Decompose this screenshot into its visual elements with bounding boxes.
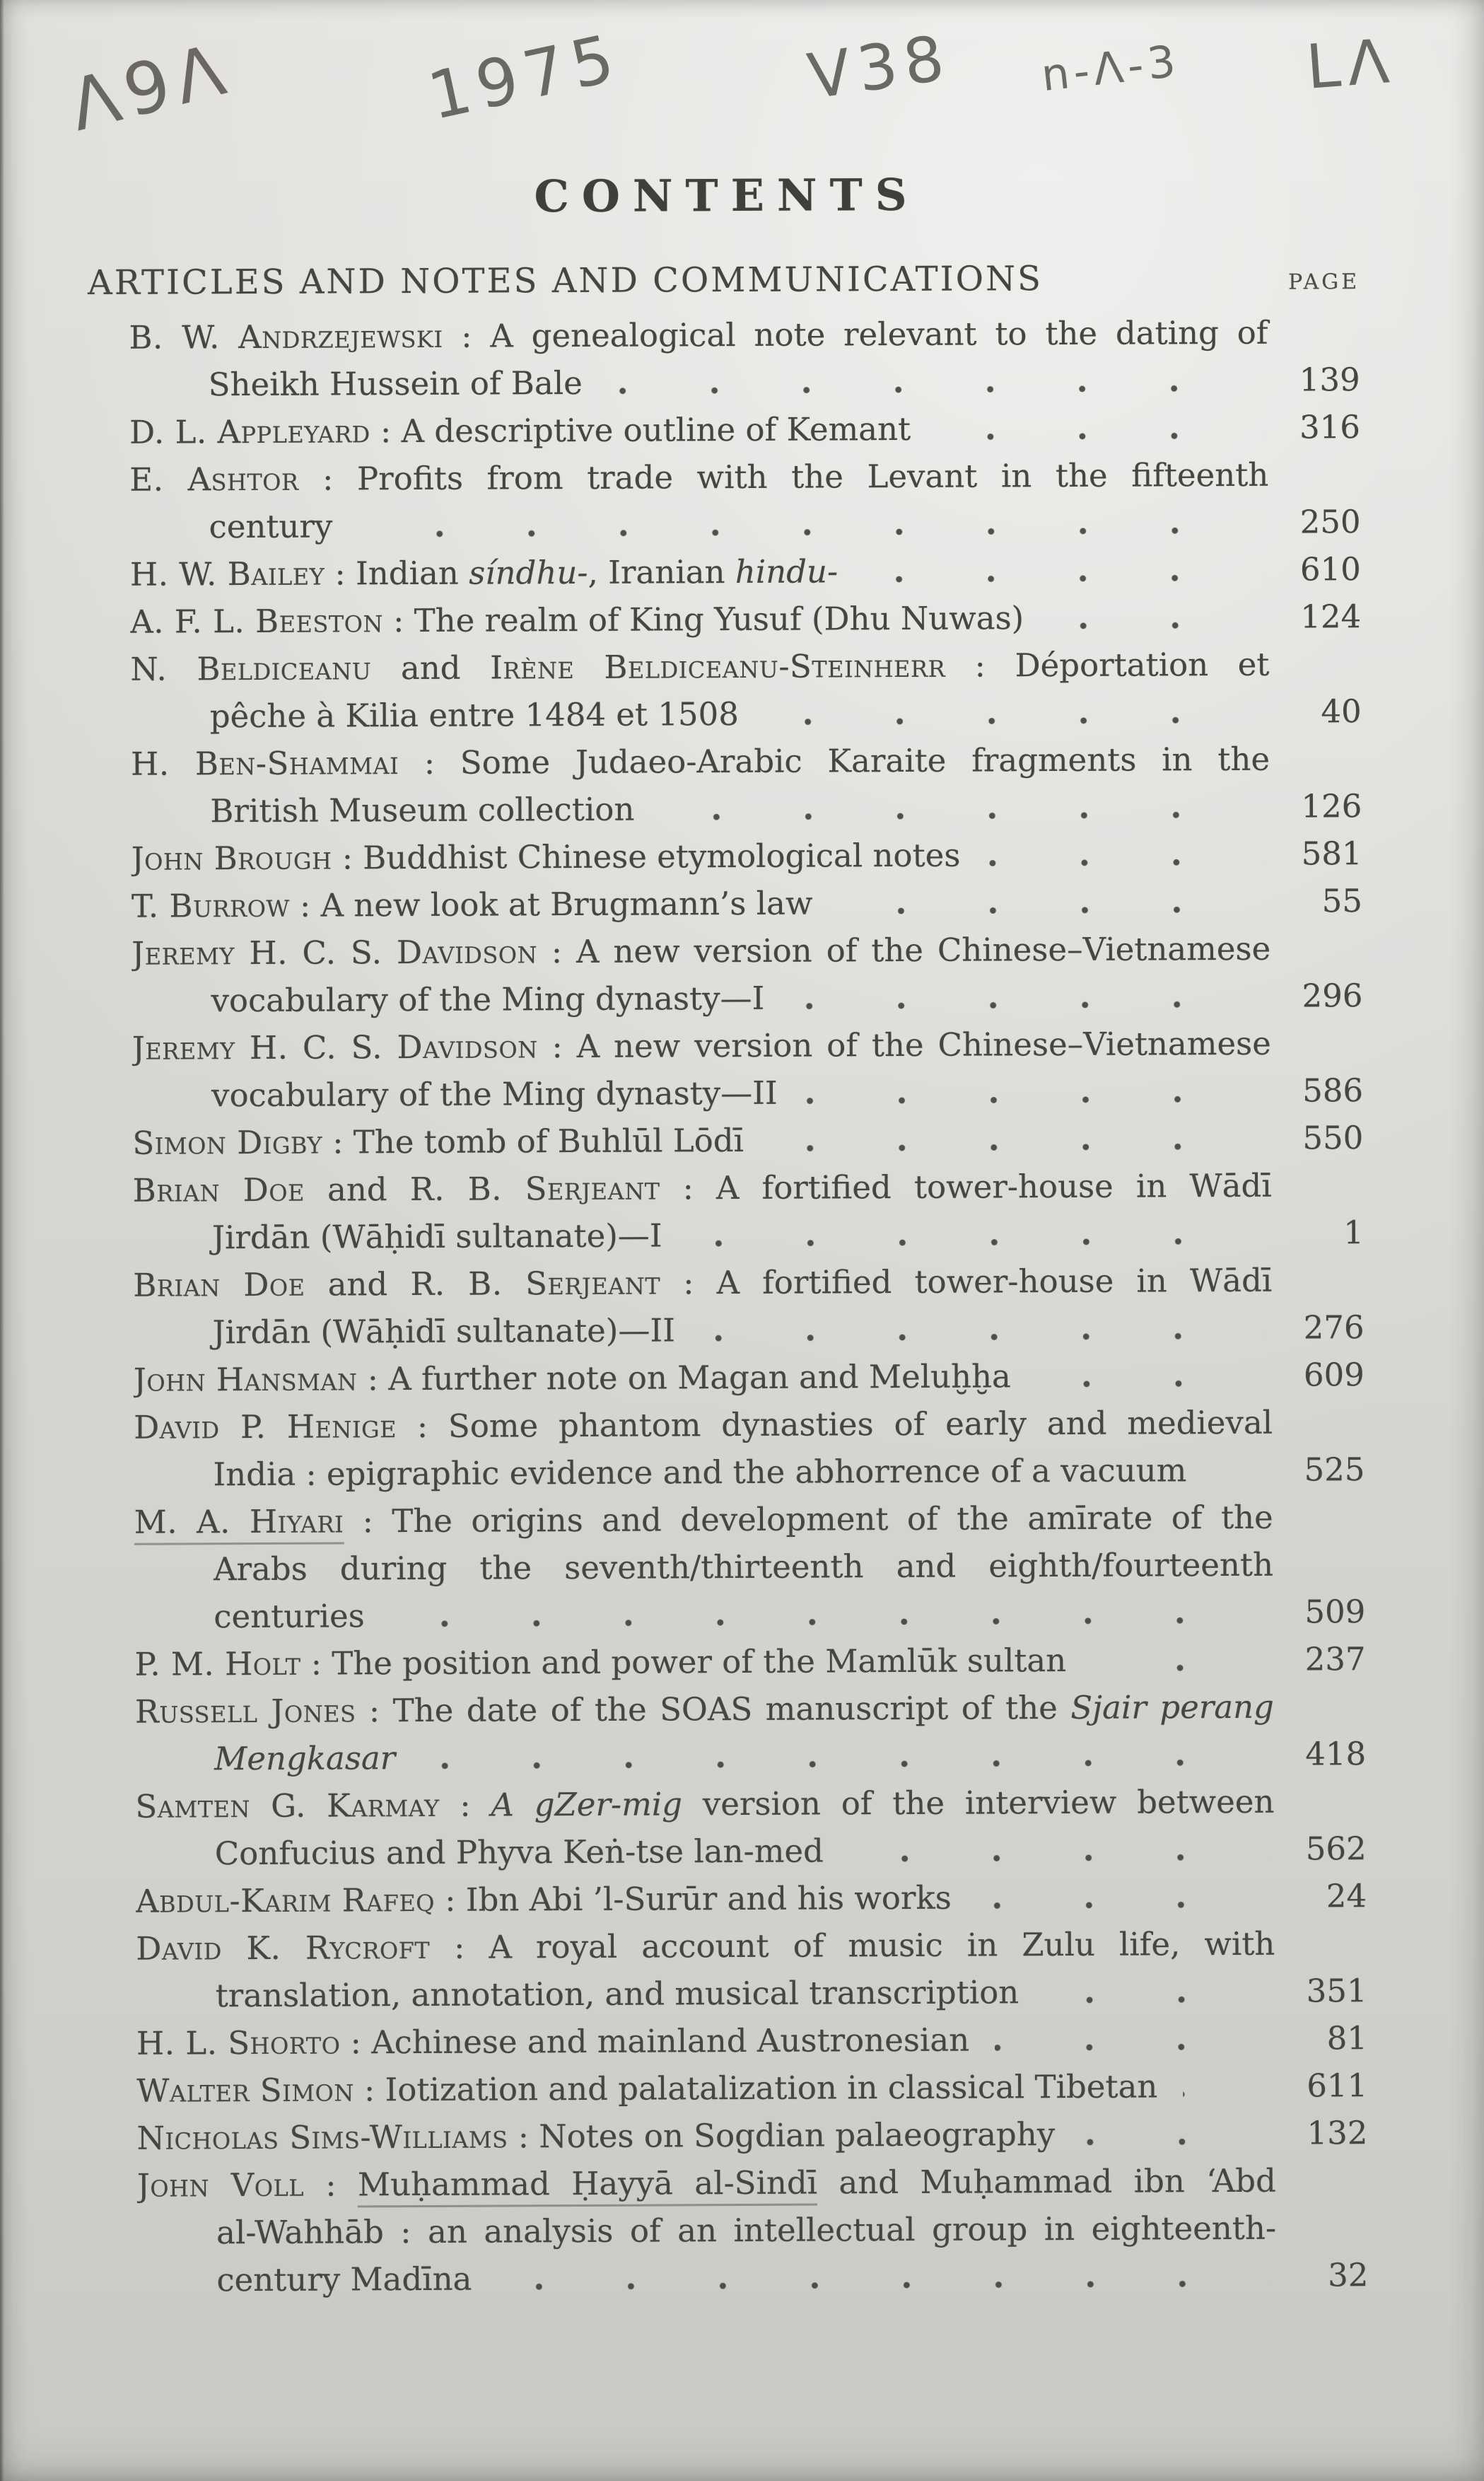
title-text: century (209, 508, 332, 546)
toc-line-text: translation, annotation, and musical tra… (216, 1968, 1019, 2019)
page-number: 562 (1289, 1825, 1367, 1872)
title-text: : Notes on Sogdian palaeography (508, 2115, 1055, 2155)
pencil-mark-2: 1975 (423, 25, 626, 129)
leader-dots (1092, 1664, 1268, 1672)
scanned-page: Λ9Λ 1975 V38 n-Λ-3 LΛ CONTENTS ARTICLES … (0, 0, 1484, 2481)
toc-line: century250 (129, 498, 1360, 551)
page-number: 55 (1285, 877, 1362, 924)
toc-line-text: John Voll : Muḥammad Ḥayyā al-Sindī and … (137, 2157, 1276, 2209)
leader-dots (1183, 2091, 1270, 2098)
page-number: 139 (1283, 356, 1360, 403)
author-name: T. Burrow (132, 887, 290, 925)
title-text: : Déportation et (945, 646, 1270, 685)
title-text: Muḥammad Ḥayyā al-Sindī (358, 2164, 817, 2208)
page-number: 351 (1289, 1967, 1367, 2014)
page-number: 237 (1287, 1635, 1365, 1683)
page-title: CONTENTS (0, 167, 1459, 225)
toc-line: centuries509 (134, 1588, 1365, 1641)
toc-line-text: H. Ben-Shammai : Some Judaeo-Arabic Kara… (131, 736, 1270, 788)
title-text: : Buddhist Chinese etymological notes (332, 837, 960, 877)
leader-dots (986, 859, 1264, 867)
title-text: : The realm of King Yusuf (Dhu Nuwas) (383, 599, 1024, 639)
toc-line: Simon Digby : The tomb of Buhlūl Lōdī550 (132, 1114, 1363, 1167)
author-name: E. Ashtor (129, 460, 298, 499)
toc-line: Jirdān (Wāḥidī sultanate)—I1 (133, 1209, 1364, 1262)
toc-line: Jeremy H. C. S. Davidson : A new version… (132, 924, 1362, 977)
toc-line: Russell Jones : The date of the SOAS man… (135, 1683, 1366, 1736)
toc-line-text: John Brough : Buddhist Chinese etymologi… (131, 832, 960, 883)
author-name: Russell Jones (135, 1692, 356, 1730)
title-text: : A new version of the Chinese–Vietnames… (537, 930, 1270, 971)
leader-dots (608, 385, 1263, 395)
toc-line: N. Beldiceanu and Irène Beldiceanu-Stein… (130, 640, 1361, 693)
author-name: David P. Henige (134, 1407, 397, 1446)
title-text: Sheikh Hussein of Bale (209, 364, 583, 403)
toc-line-text: pêche à Kilia entre 1484 et 1508 (210, 690, 739, 740)
author-name: Simon Digby (132, 1124, 322, 1162)
toc-line: A. F. L. Beeston : The realm of King Yus… (130, 593, 1361, 646)
toc-line-text: century Madīna (216, 2255, 472, 2304)
title-text: Jirdān (Wāḥidī sultanate)—II (212, 1311, 675, 1351)
toc-line: H. Ben-Shammai : Some Judaeo-Arabic Kara… (131, 735, 1362, 788)
title-text: : A new version of the Chinese–Vietnames… (538, 1025, 1271, 1066)
toc-line-text: D. L. Appleyard : A descriptive outline … (129, 405, 911, 456)
author-name: Walter Simon (136, 2071, 354, 2109)
author-name: R. B. Serjeant (410, 1265, 660, 1303)
title-text: : Profits from trade with the Levant in … (298, 456, 1268, 498)
leader-dots (688, 1238, 1266, 1248)
title-text: translation, annotation, and musical tra… (216, 1973, 1019, 2014)
title-text: and Muḥammad ibn ‘Abd (817, 2162, 1276, 2202)
toc-line: Arabs during the seventh/thirteenth and … (134, 1540, 1365, 1593)
toc-line: H. W. Bailey : Indian síndhu-, Iranian h… (130, 545, 1361, 598)
author-name: Irène Beldiceanu-Steinherr (490, 647, 945, 687)
toc-line: Brian Doe and R. B. Serjeant : A fortifi… (133, 1161, 1364, 1214)
title-text: : Some phantom dynasties of early and me… (397, 1404, 1273, 1445)
page-number: 316 (1283, 403, 1360, 451)
author-name: Nicholas Sims-Williams (136, 2117, 508, 2156)
author-name: H. L. Shorto (136, 2023, 341, 2062)
leader-dots (390, 1617, 1268, 1627)
page-number: 550 (1285, 1114, 1363, 1161)
author-name: John Hansman (134, 1360, 358, 1398)
toc-line-text: Arabs during the seventh/thirteenth and … (214, 1541, 1273, 1593)
title-text: pêche à Kilia entre 1484 et 1508 (210, 695, 739, 735)
page-column-label: PAGE (1288, 269, 1360, 294)
toc-line: Walter Simon : Iotization and palataliza… (136, 2062, 1367, 2115)
title-text: vocabulary of the Ming dynasty—II (211, 1074, 778, 1114)
title-text: and (371, 649, 490, 687)
toc-line-text: Russell Jones : The date of the SOAS man… (135, 1683, 1274, 1736)
leader-dots (769, 1143, 1266, 1152)
toc-line-text: Jeremy H. C. S. Davidson : A new version… (132, 1020, 1271, 1072)
leader-dots (838, 906, 1265, 915)
leader-dots (1080, 2138, 1270, 2146)
toc-line: P. M. Holt : The position and power of t… (134, 1635, 1365, 1688)
toc-line-text: Nicholas Sims-Williams : Notes on Sogdia… (136, 2110, 1055, 2162)
toc-line: T. Burrow : A new look at Brugmann’s law… (132, 877, 1362, 930)
leader-dots (764, 716, 1264, 726)
toc-line-text: Brian Doe and R. B. Serjeant : A fortifi… (133, 1257, 1272, 1309)
page-number: 1 (1286, 1209, 1364, 1256)
title-text: : A descriptive outline of Kemant (370, 410, 911, 450)
title-text: : A new look at Brugmann’s law (290, 885, 813, 924)
toc-line-text: British Museum collection (210, 786, 634, 835)
author-name: H. W. Bailey (130, 555, 325, 593)
page-number: 132 (1290, 2109, 1367, 2156)
toc-line: John Brough : Buddhist Chinese etymologi… (131, 830, 1362, 883)
toc-line: B. W. Andrzejewski : A genealogical note… (129, 308, 1360, 361)
title-text: : A genealogical note relevant to the da… (443, 314, 1268, 355)
leader-dots (863, 574, 1263, 583)
title-text: centuries (214, 1597, 365, 1635)
toc-line-text: India : epigraphic evidence and the abho… (213, 1446, 1186, 1498)
title-text: : The position and power of the Mamlūk s… (300, 1642, 1066, 1683)
toc-line: H. L. Shorto : Achinese and mainland Aus… (136, 2014, 1367, 2067)
leader-dots (421, 1759, 1268, 1770)
author-name: John Voll (137, 2166, 305, 2204)
toc-line: Nicholas Sims-Williams : Notes on Sogdia… (136, 2109, 1367, 2162)
toc-line-text: E. Ashtor : Profits from trade with the … (129, 451, 1268, 504)
toc-line-text: Samten G. Karmay : A gZer-mig version of… (135, 1778, 1274, 1830)
toc-line-text: Abdul-Karim Rafeq : Ibn Abi ’l-Surūr and… (136, 1874, 952, 1925)
toc-line: Sheikh Hussein of Bale139 (129, 356, 1360, 409)
title-text: : A fortified tower-house in Wādī (660, 1167, 1271, 1207)
toc-line-text: Mengkasar (214, 1734, 395, 1782)
toc-line: John Voll : Muḥammad Ḥayyā al-Sindī and … (137, 2156, 1368, 2209)
title-text: : Indian (325, 554, 469, 593)
toc-line: translation, annotation, and musical tra… (136, 1967, 1367, 2020)
author-name: David K. Rycroft (136, 1929, 430, 1968)
toc-line: David K. Rycroft : A royal account of mu… (136, 1919, 1367, 1972)
author-name: M. A. Hiyari (134, 1502, 344, 1545)
toc-line-text: N. Beldiceanu and Irène Beldiceanu-Stein… (130, 641, 1269, 693)
page-number: 610 (1283, 545, 1361, 593)
page-number: 609 (1287, 1351, 1365, 1398)
author-name: Jeremy H. C. S. Davidson (132, 933, 537, 972)
author-name: H. Ben-Shammai (131, 744, 399, 783)
author-name: Abdul-Karim Rafeq (136, 1881, 435, 1920)
toc-line-text: B. W. Andrzejewski : A genealogical note… (129, 309, 1268, 361)
toc-line-text: vocabulary of the Ming dynasty—II (211, 1069, 778, 1119)
pencil-mark-4: n-Λ-3 (1039, 39, 1181, 98)
toc-line: E. Ashtor : Profits from trade with the … (129, 451, 1360, 504)
toc-line: Confucius and Phyva Keṅ-tse lan-med562 (136, 1825, 1367, 1878)
pencil-mark-3: V38 (804, 26, 954, 108)
title-text: Confucius and Phyva Keṅ-tse lan-med (215, 1832, 824, 1873)
toc-line: Abdul-Karim Rafeq : Ibn Abi ’l-Surūr and… (136, 1872, 1367, 1925)
title-text: : The origins and development of the amī… (344, 1499, 1273, 1540)
page-number: 32 (1290, 2251, 1368, 2299)
leader-dots (497, 2280, 1270, 2291)
section-heading: ARTICLES AND NOTES AND COMMUNICATIONS (88, 259, 1043, 303)
title-text: and (305, 1265, 410, 1303)
page-number: 126 (1284, 782, 1362, 830)
toc-line-text: T. Burrow : A new look at Brugmann’s law (132, 880, 813, 930)
leader-dots (358, 527, 1263, 538)
title-text: Arabs during the seventh/thirteenth and … (214, 1546, 1273, 1588)
title-text: version of the interview between (682, 1783, 1275, 1823)
page-number: 509 (1287, 1588, 1365, 1635)
leader-dots (803, 1096, 1266, 1105)
toc-line-text: A. F. L. Beeston : The realm of King Yus… (130, 594, 1024, 646)
page-number: 525 (1287, 1446, 1365, 1493)
toc-line: David P. Henige : Some phantom dynasties… (134, 1398, 1365, 1451)
toc-line: John Hansman : A further note on Magan a… (134, 1351, 1365, 1404)
title-text: síndhu- (469, 554, 588, 592)
author-name: A. F. L. Beeston (130, 602, 383, 641)
toc-line-text: P. M. Holt : The position and power of t… (134, 1637, 1066, 1688)
toc-line-text: David K. Rycroft : A royal account of mu… (136, 1920, 1275, 1972)
title-text: : A fortified tower-house in Wādī (660, 1262, 1272, 1302)
author-name: Samten G. Karmay (135, 1786, 439, 1825)
leader-dots (701, 1332, 1267, 1342)
title-text: : A royal account of music in Zulu life,… (430, 1925, 1275, 1966)
toc-line: vocabulary of the Ming dynasty—I296 (132, 972, 1362, 1025)
toc-line-text: H. W. Bailey : Indian síndhu-, Iranian h… (130, 547, 839, 598)
page-content: Λ9Λ 1975 V38 n-Λ-3 LΛ CONTENTS ARTICLES … (0, 0, 1484, 2481)
page-number: 124 (1283, 593, 1361, 640)
title-text: : Iotization and palatalization in class… (354, 2067, 1158, 2108)
toc-line-text: century (209, 503, 332, 551)
toc-line-text: Jeremy H. C. S. Davidson : A new version… (132, 925, 1270, 977)
toc-line: century Madīna32 (137, 2251, 1368, 2304)
toc-line-text: Jirdān (Wāḥidī sultanate)—II (212, 1306, 675, 1356)
page-number: 24 (1289, 1872, 1367, 1919)
page-number: 276 (1286, 1303, 1364, 1351)
toc-line: M. A. Hiyari : The origins and developme… (134, 1493, 1365, 1546)
page-number: 581 (1284, 830, 1362, 877)
toc-line-text: al-Wahhāb : an analysis of an intellectu… (216, 2204, 1276, 2257)
toc-line: Samten G. Karmay : A gZer-mig version of… (135, 1777, 1366, 1830)
title-text: hindu- (735, 552, 839, 591)
leader-dots (1049, 622, 1263, 629)
title-text: : The tomb of Buhlūl Lōdī (322, 1122, 744, 1161)
title-text: , Iranian (588, 553, 735, 591)
leader-dots (1036, 1380, 1267, 1388)
toc-line: India : epigraphic evidence and the abho… (134, 1446, 1365, 1499)
toc-line: al-Wahhāb : an analysis of an intellectu… (137, 2204, 1368, 2257)
title-text: and (305, 1170, 410, 1209)
page-number: 418 (1288, 1730, 1366, 1777)
author-name: B. W. Andrzejewski (129, 318, 443, 356)
title-text: : Some Judaeo-Arabic Karaite fragments i… (399, 740, 1270, 782)
leader-dots (936, 432, 1263, 441)
title-text: century Madīna (216, 2260, 472, 2299)
toc-line: vocabulary of the Ming dynasty—II586 (132, 1067, 1363, 1120)
title-text: : (440, 1786, 491, 1824)
toc-line: D. L. Appleyard : A descriptive outline … (129, 403, 1360, 456)
toc-line: Brian Doe and R. B. Serjeant : A fortifi… (133, 1256, 1364, 1309)
page-number: 250 (1283, 498, 1360, 545)
toc-line-text: Walter Simon : Iotization and palataliza… (136, 2062, 1157, 2114)
page-number: 611 (1290, 2062, 1367, 2109)
page-number: 81 (1290, 2014, 1367, 2062)
toc-line-text: Brian Doe and R. B. Serjeant : A fortifi… (133, 1162, 1272, 1214)
author-name: Brian Doe (133, 1171, 305, 1209)
page-number: 296 (1285, 972, 1362, 1019)
leader-dots (849, 1854, 1269, 1863)
toc-line-text: John Hansman : A further note on Magan a… (134, 1352, 1011, 1403)
toc-line: Jeremy H. C. S. Davidson : A new version… (132, 1019, 1363, 1072)
leader-dots (660, 811, 1264, 821)
title-text: : (304, 2166, 358, 2203)
toc-header: ARTICLES AND NOTES AND COMMUNICATIONS PA… (88, 257, 1360, 303)
leader-dots (977, 1901, 1269, 1910)
page-number: 586 (1285, 1067, 1363, 1114)
author-name: Brian Doe (133, 1266, 305, 1304)
author-name: D. L. Appleyard (129, 412, 370, 451)
title-text: vocabulary of the Ming dynasty—I (211, 980, 764, 1019)
title-text: Sjair perang (1070, 1688, 1274, 1726)
toc-line-text: Simon Digby : The tomb of Buhlūl Lōdī (132, 1117, 744, 1167)
toc-list: B. W. Andrzejewski : A genealogical note… (129, 308, 1368, 2304)
author-name: John Brough (132, 839, 332, 878)
title-text: : Achinese and mainland Austronesian (340, 2021, 969, 2062)
title-text: Jirdān (Wāḥidī sultanate)—I (212, 1216, 662, 1256)
toc-line-text: Jirdān (Wāḥidī sultanate)—I (212, 1212, 662, 1261)
toc-line-text: vocabulary of the Ming dynasty—I (211, 975, 764, 1024)
leader-dots (1212, 1475, 1267, 1482)
pencil-mark-5: LΛ (1304, 31, 1398, 98)
toc-line: pêche à Kilia entre 1484 et 150840 (131, 687, 1362, 740)
title-text: : The date of the SOAS manuscript of the (356, 1689, 1070, 1729)
leader-dots (1044, 1996, 1269, 2004)
page-number: 40 (1284, 687, 1362, 735)
title-text: India : epigraphic evidence and the abho… (213, 1451, 1186, 1493)
title-text: A gZer-mig (491, 1785, 682, 1823)
toc-line: British Museum collection126 (131, 782, 1362, 835)
title-text: al-Wahhāb : an analysis of an intellectu… (216, 2209, 1276, 2252)
toc-line: Mengkasar418 (135, 1730, 1366, 1783)
leader-dots (790, 1001, 1265, 1010)
toc-line-text: David P. Henige : Some phantom dynasties… (134, 1399, 1273, 1451)
toc-line-text: Confucius and Phyva Keṅ-tse lan-med (215, 1828, 824, 1878)
title-text: : Ibn Abi ’l-Surūr and his works (435, 1879, 952, 1919)
pencil-mark-1: Λ9Λ (63, 33, 238, 142)
author-name: P. M. Holt (134, 1645, 300, 1683)
toc-line-text: H. L. Shorto : Achinese and mainland Aus… (136, 2016, 969, 2067)
author-name: N. Beldiceanu (130, 649, 371, 687)
toc-line-text: M. A. Hiyari : The origins and developme… (134, 1494, 1273, 1546)
author-name: Jeremy H. C. S. Davidson (132, 1028, 538, 1067)
title-text: British Museum collection (210, 791, 634, 830)
title-text: : A further note on Magan and Meluḫḫa (357, 1357, 1011, 1398)
leader-dots (995, 2043, 1270, 2052)
toc-line-text: Sheikh Hussein of Bale (209, 359, 583, 408)
toc-line-text: centuries (214, 1592, 365, 1640)
toc-line: Jirdān (Wāḥidī sultanate)—II276 (133, 1303, 1364, 1356)
author-name: R. B. Serjeant (410, 1170, 660, 1209)
title-text: Mengkasar (214, 1739, 395, 1777)
